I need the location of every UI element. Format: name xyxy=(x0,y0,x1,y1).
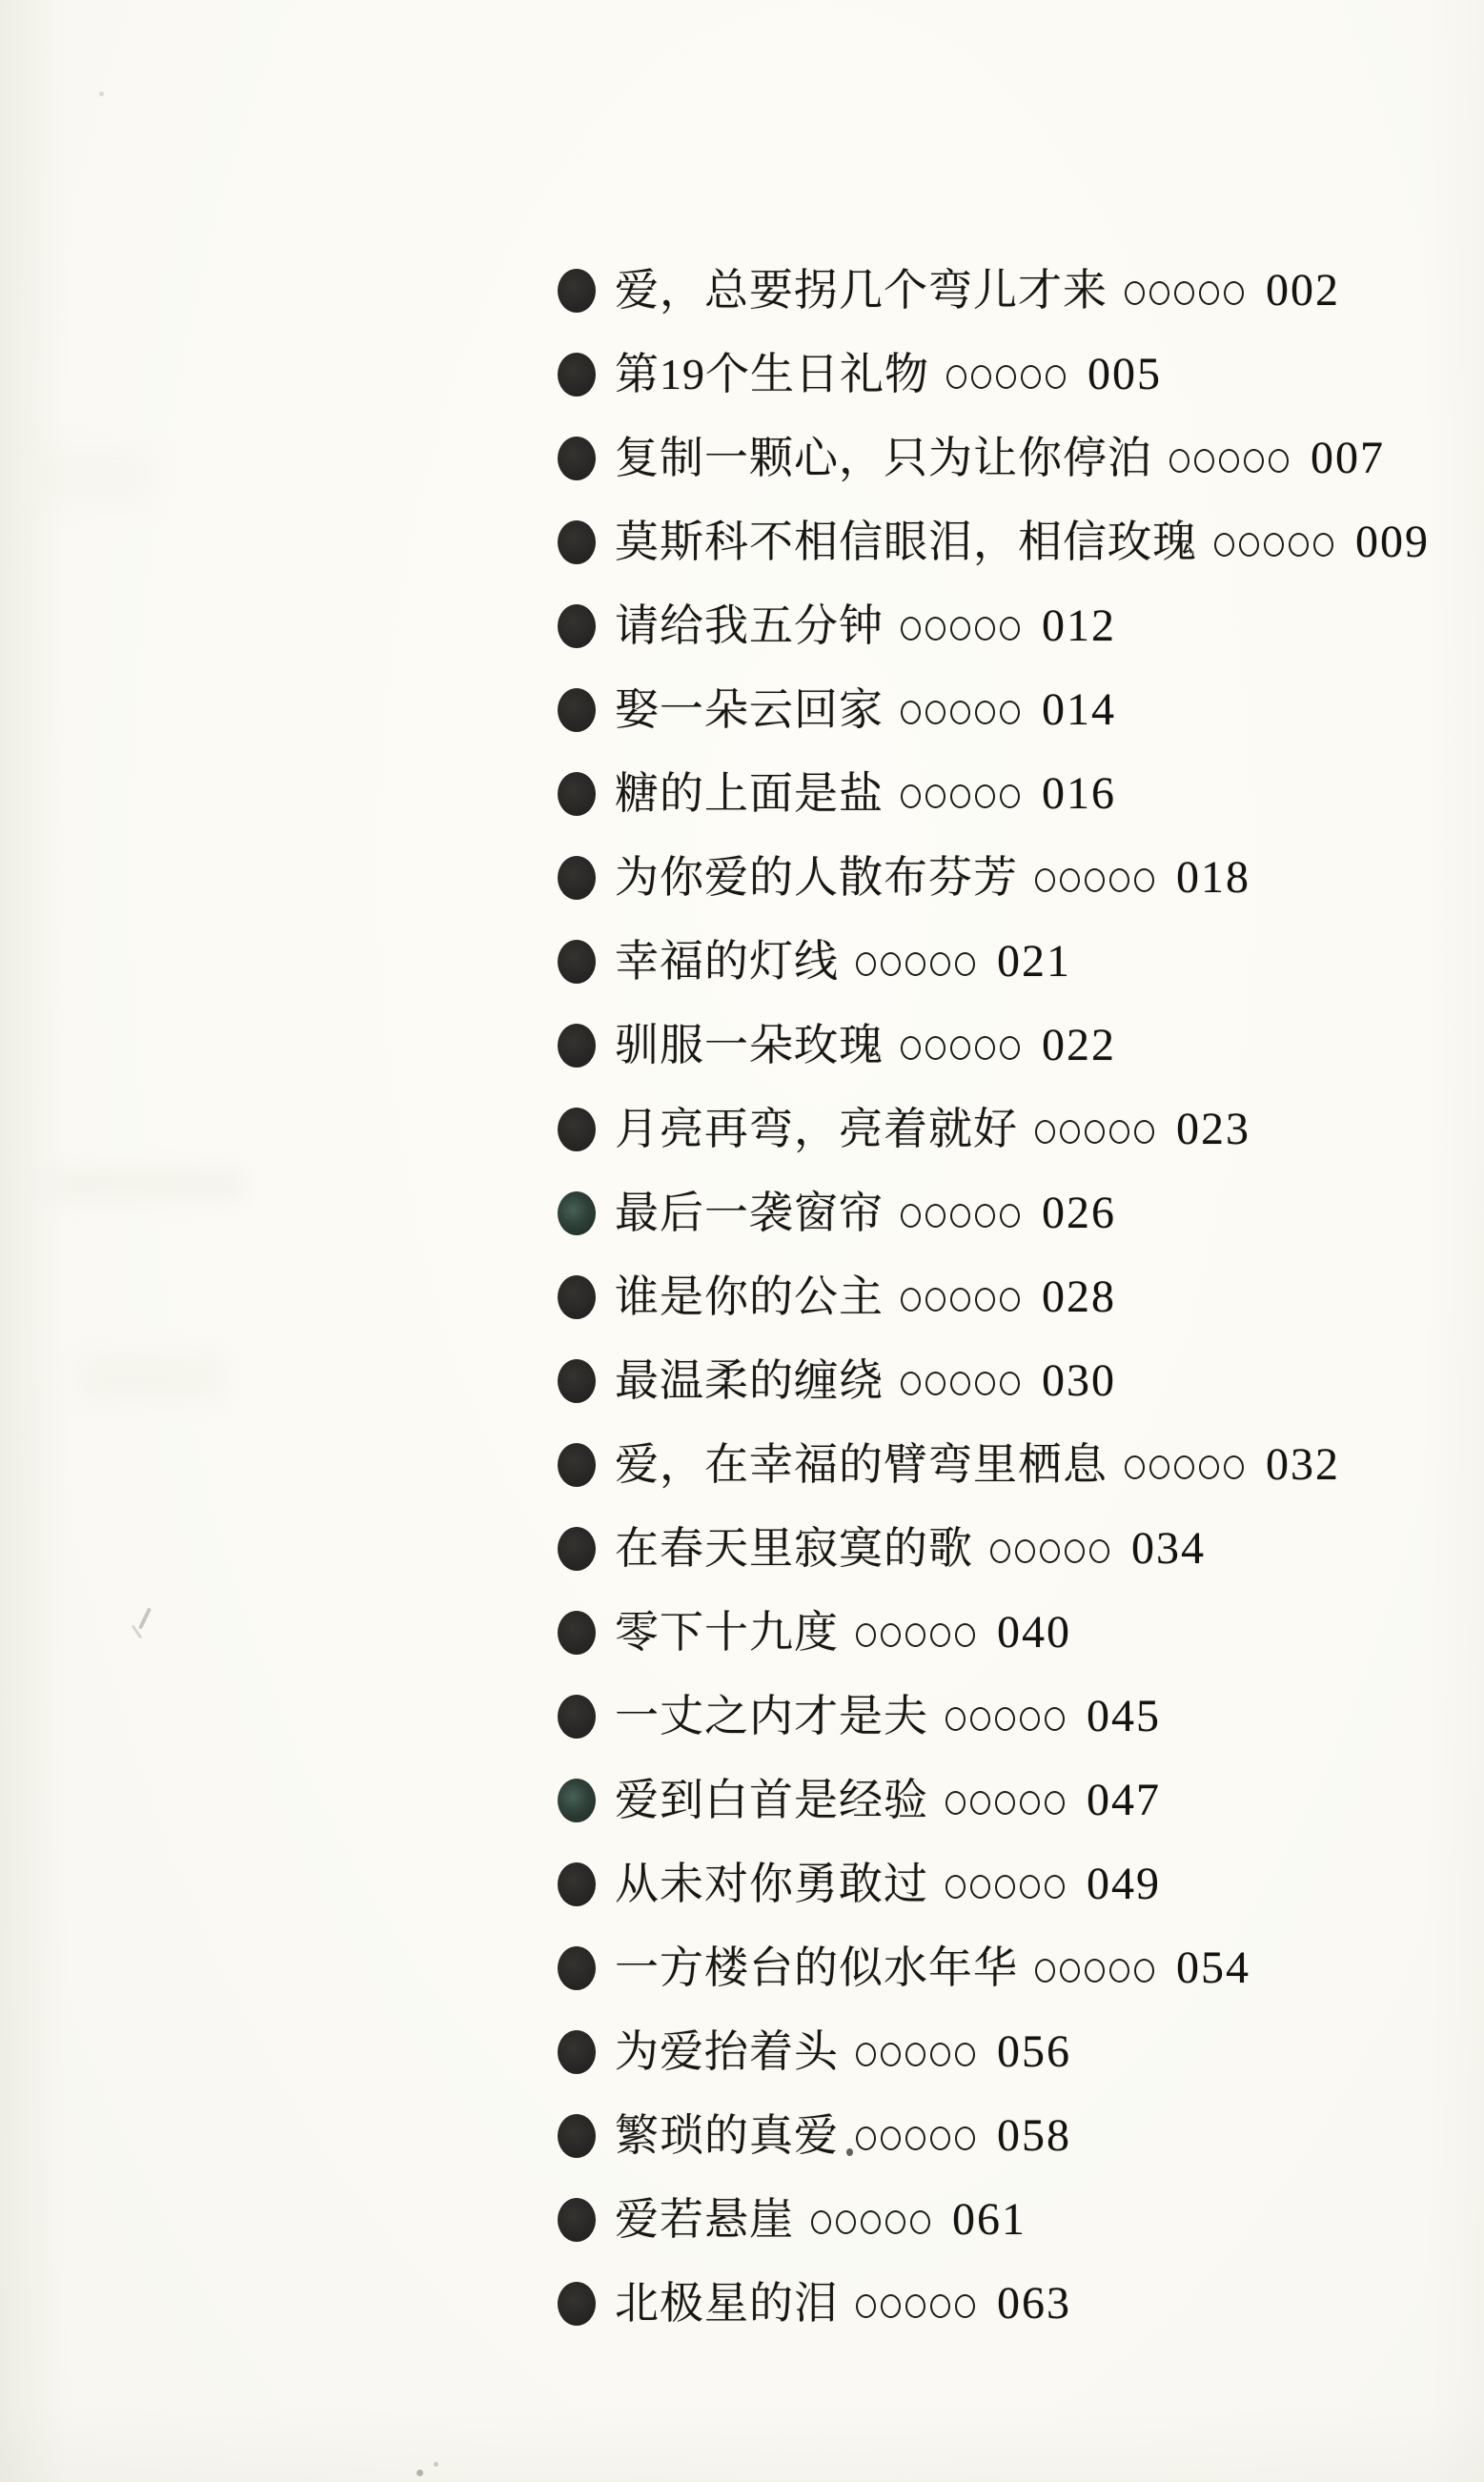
bleedthrough-smudge xyxy=(38,448,152,505)
leader-circle-icon xyxy=(930,2126,950,2150)
leader-circles xyxy=(901,617,1025,641)
leader-circle-icon xyxy=(1134,1120,1154,1144)
leader-circle-icon xyxy=(950,1036,970,1060)
leader-circle-icon xyxy=(1199,1455,1219,1479)
bullet-icon xyxy=(558,1946,596,1990)
leader-circle-icon xyxy=(1089,1539,1109,1563)
bullet-icon xyxy=(558,437,596,480)
entry-page-number: 014 xyxy=(1042,687,1116,733)
leader-circle-icon xyxy=(856,1623,876,1647)
leader-circle-icon xyxy=(970,1875,990,1899)
toc-entry: 幸福的灯线 021 xyxy=(558,920,1430,1004)
entry-title: 爱到白首是经验 xyxy=(615,1779,928,1822)
leader-circle-icon xyxy=(975,1372,995,1395)
entry-page-number: 054 xyxy=(1176,1945,1250,1991)
entry-title: 零下十九度 xyxy=(615,1611,839,1655)
leader-circles xyxy=(856,2126,980,2150)
entry-title: 最后一袭窗帘 xyxy=(615,1191,884,1235)
leader-circles xyxy=(1169,449,1293,473)
leader-circle-icon xyxy=(1040,1539,1060,1563)
leader-circles xyxy=(1035,868,1159,892)
leader-circle-icon xyxy=(1224,281,1244,305)
leader-circles xyxy=(1035,1959,1159,1983)
toc-entry: 爱，总要拐几个弯儿才来 002 xyxy=(558,249,1430,333)
leader-circle-icon xyxy=(856,2043,876,2066)
leader-circle-icon xyxy=(1264,533,1284,557)
leader-circle-icon xyxy=(945,1875,966,1899)
leader-circle-icon xyxy=(1045,1791,1065,1815)
leader-circles xyxy=(856,952,980,976)
leader-circle-icon xyxy=(1289,533,1309,557)
toc-entry: 请给我五分钟 012 xyxy=(558,584,1430,668)
leader-circle-icon xyxy=(1149,281,1169,305)
toc-entry: 在春天里寂寞的歌 034 xyxy=(558,1507,1430,1591)
leader-circle-icon xyxy=(925,1288,945,1312)
leader-circle-icon xyxy=(1000,1372,1020,1395)
leader-circle-icon xyxy=(1000,701,1020,724)
leader-circle-icon xyxy=(990,1539,1010,1563)
leader-circle-icon xyxy=(1125,281,1145,305)
leader-circle-icon xyxy=(881,952,901,976)
leader-circle-icon xyxy=(971,365,991,389)
entry-title: 为你爱的人散布芬芳 xyxy=(615,856,1018,900)
leader-circle-icon xyxy=(995,1875,1015,1899)
bullet-icon xyxy=(558,1191,596,1235)
leader-circle-icon xyxy=(811,2210,831,2234)
leader-circle-icon xyxy=(1060,868,1080,892)
leader-circles xyxy=(856,1623,980,1647)
entry-title: 娶一朵云回家 xyxy=(615,688,884,732)
leader-circle-icon xyxy=(1035,868,1055,892)
entry-title: 北极星的泪 xyxy=(615,2282,839,2326)
leader-circle-icon xyxy=(930,952,950,976)
leader-circle-icon xyxy=(930,2043,950,2066)
leader-circle-icon xyxy=(955,2126,975,2150)
toc-entry: 糖的上面是盐 016 xyxy=(558,752,1430,836)
leader-circles xyxy=(1214,533,1338,557)
leader-circle-icon xyxy=(950,1204,970,1228)
toc-entry: 最温柔的缠绕 030 xyxy=(558,1339,1430,1423)
leader-circle-icon xyxy=(901,1204,921,1228)
leader-circle-icon xyxy=(1060,1120,1080,1144)
leader-circle-icon xyxy=(901,1288,921,1312)
leader-circles xyxy=(856,2043,980,2066)
leader-circle-icon xyxy=(955,1623,975,1647)
leader-circle-icon xyxy=(1109,1959,1129,1983)
entry-page-number: 034 xyxy=(1131,1526,1206,1572)
leader-circles xyxy=(901,1372,1025,1395)
leader-circle-icon xyxy=(996,365,1016,389)
bullet-icon xyxy=(558,2114,596,2158)
leader-circle-icon xyxy=(970,1791,990,1815)
leader-circle-icon xyxy=(856,2294,876,2318)
leader-circle-icon xyxy=(1000,1204,1020,1228)
bullet-icon xyxy=(558,269,596,313)
toc-entry: 一丈之内才是夫 045 xyxy=(558,1675,1430,1759)
leader-circle-icon xyxy=(975,1288,995,1312)
entry-title: 复制一颗心，只为让你停泊 xyxy=(615,437,1152,480)
leader-circle-icon xyxy=(905,1623,925,1647)
entry-title: 谁是你的公主 xyxy=(615,1275,884,1319)
pencil-mark-artifact xyxy=(138,1607,152,1629)
leader-circles xyxy=(811,2210,935,2234)
entry-page-number: 049 xyxy=(1087,1861,1161,1907)
leader-circle-icon xyxy=(1021,365,1041,389)
leader-circle-icon xyxy=(901,617,921,641)
toc-entry: 第19个生日礼物 005 xyxy=(558,333,1430,417)
entry-page-number: 021 xyxy=(997,939,1071,985)
leader-circle-icon xyxy=(1224,1455,1244,1479)
leader-circles xyxy=(945,1791,1069,1815)
entry-page-number: 030 xyxy=(1042,1358,1116,1404)
leader-circle-icon xyxy=(1065,1539,1085,1563)
leader-circle-icon xyxy=(856,2126,876,2150)
entry-title: 驯服一朵玫瑰 xyxy=(615,1024,884,1068)
leader-circle-icon xyxy=(1000,1036,1020,1060)
leader-circle-icon xyxy=(975,617,995,641)
entry-title: 糖的上面是盐 xyxy=(615,772,884,816)
toc-entry: 月亮再弯，亮着就好 023 xyxy=(558,1088,1430,1171)
bullet-icon xyxy=(558,1024,596,1068)
leader-circle-icon xyxy=(925,1036,945,1060)
leader-circle-icon xyxy=(881,2294,901,2318)
bullet-icon xyxy=(558,856,596,900)
leader-circle-icon xyxy=(930,1623,950,1647)
leader-circle-icon xyxy=(905,2126,925,2150)
leader-circle-icon xyxy=(1149,1455,1169,1479)
entry-page-number: 022 xyxy=(1042,1023,1116,1068)
leader-circle-icon xyxy=(925,784,945,808)
leader-circle-icon xyxy=(901,1036,921,1060)
leader-circle-icon xyxy=(901,1372,921,1395)
entry-title: 请给我五分钟 xyxy=(615,604,884,648)
entry-page-number: 007 xyxy=(1311,436,1385,481)
leader-circle-icon xyxy=(950,617,970,641)
entry-page-number: 061 xyxy=(952,2197,1027,2243)
leader-circle-icon xyxy=(1000,617,1020,641)
leader-circle-icon xyxy=(861,2210,881,2234)
leader-circle-icon xyxy=(1194,449,1214,473)
leader-circle-icon xyxy=(1085,1959,1105,1983)
leader-circle-icon xyxy=(950,1372,970,1395)
leader-circle-icon xyxy=(1109,1120,1129,1144)
leader-circle-icon xyxy=(955,952,975,976)
leader-circles xyxy=(945,1707,1069,1731)
entry-title: 月亮再弯，亮着就好 xyxy=(615,1108,1018,1151)
toc-entry: 爱到白首是经验 047 xyxy=(558,1759,1430,1842)
leader-circle-icon xyxy=(945,1707,966,1731)
leader-circle-icon xyxy=(1015,1539,1035,1563)
toc-entry: 莫斯科不相信眼泪，相信玫瑰 009 xyxy=(558,500,1430,584)
entry-title: 在春天里寂寞的歌 xyxy=(615,1527,973,1571)
bullet-icon xyxy=(558,2282,596,2326)
bullet-icon xyxy=(558,1779,596,1822)
bullet-icon xyxy=(558,604,596,648)
bullet-icon xyxy=(558,1695,596,1739)
leader-circle-icon xyxy=(955,2043,975,2066)
leader-circles xyxy=(901,784,1025,808)
bullet-icon xyxy=(558,353,596,397)
entry-page-number: 005 xyxy=(1088,352,1162,397)
leader-circle-icon xyxy=(885,2210,905,2234)
leader-circle-icon xyxy=(1020,1707,1040,1731)
toc-entry: 谁是你的公主 028 xyxy=(558,1255,1430,1339)
leader-circle-icon xyxy=(1046,365,1066,389)
leader-circle-icon xyxy=(1214,533,1234,557)
leader-circle-icon xyxy=(945,1791,966,1815)
leader-circle-icon xyxy=(1000,784,1020,808)
leader-circle-icon xyxy=(925,1372,945,1395)
entry-title: 最温柔的缠绕 xyxy=(615,1359,884,1403)
leader-circles xyxy=(901,1204,1025,1228)
toc-entry: 从未对你勇敢过 049 xyxy=(558,1842,1430,1926)
leader-circles xyxy=(901,701,1025,724)
leader-circles xyxy=(901,1036,1025,1060)
leader-circle-icon xyxy=(975,784,995,808)
entry-page-number: 009 xyxy=(1355,519,1430,565)
leader-circle-icon xyxy=(1269,449,1289,473)
bullet-icon xyxy=(558,520,596,564)
entry-title: 一丈之内才是夫 xyxy=(615,1695,928,1739)
leader-circle-icon xyxy=(975,701,995,724)
leader-circle-icon xyxy=(955,2294,975,2318)
toc-entry: 繁琐的真爱 058 xyxy=(558,2094,1430,2178)
toc-entry: 为爱抬着头 056 xyxy=(558,2010,1430,2094)
bullet-icon xyxy=(558,1611,596,1655)
entry-title: 莫斯科不相信眼泪，相信玫瑰 xyxy=(615,520,1197,564)
entry-page-number: 002 xyxy=(1266,268,1340,314)
leader-circle-icon xyxy=(1060,1959,1080,1983)
toc-entry: 零下十九度 040 xyxy=(558,1591,1430,1675)
toc-entry: 复制一颗心，只为让你停泊 007 xyxy=(558,417,1430,500)
toc-entry: 娶一朵云回家 014 xyxy=(558,668,1430,752)
bullet-icon xyxy=(558,1108,596,1151)
entry-title: 幸福的灯线 xyxy=(615,940,839,984)
entry-page-number: 058 xyxy=(997,2113,1071,2159)
leader-circle-icon xyxy=(975,1204,995,1228)
leader-circle-icon xyxy=(1000,1288,1020,1312)
leader-circles xyxy=(946,365,1070,389)
leader-circle-icon xyxy=(946,365,966,389)
bullet-icon xyxy=(558,2030,596,2074)
entry-page-number: 016 xyxy=(1042,771,1116,817)
leader-circle-icon xyxy=(905,2294,925,2318)
pencil-mark-artifact xyxy=(132,1625,142,1639)
leader-circle-icon xyxy=(1020,1791,1040,1815)
leader-circle-icon xyxy=(1045,1707,1065,1731)
leader-circle-icon xyxy=(1239,533,1259,557)
bullet-icon xyxy=(558,1275,596,1319)
speck-artifact xyxy=(417,2470,423,2476)
leader-circle-icon xyxy=(901,784,921,808)
leader-circle-icon xyxy=(950,1288,970,1312)
entry-title: 为爱抬着头 xyxy=(615,2030,839,2074)
bullet-icon xyxy=(558,1359,596,1403)
entry-title: 爱若悬崖 xyxy=(615,2198,794,2242)
leader-circle-icon xyxy=(1035,1120,1055,1144)
entry-page-number: 040 xyxy=(997,1610,1071,1656)
bullet-icon xyxy=(558,688,596,732)
bullet-icon xyxy=(558,1862,596,1906)
toc-entry: 为你爱的人散布芬芳 018 xyxy=(558,836,1430,920)
leader-circle-icon xyxy=(1244,449,1264,473)
entry-page-number: 056 xyxy=(997,2029,1071,2075)
leader-circle-icon xyxy=(1134,1959,1154,1983)
entry-page-number: 012 xyxy=(1042,603,1116,649)
leader-circle-icon xyxy=(905,2043,925,2066)
toc-entry: 一方楼台的似水年华 054 xyxy=(558,1926,1430,2010)
table-of-contents: 爱，总要拐几个弯儿才来 002 第19个生日礼物 005 复制一颗心，只为让你停… xyxy=(558,249,1430,2346)
leader-circles xyxy=(901,1288,1025,1312)
entry-title: 一方楼台的似水年华 xyxy=(615,1946,1018,1990)
entry-title: 爱，总要拐几个弯儿才来 xyxy=(615,269,1108,313)
leader-circles xyxy=(1035,1120,1159,1144)
leader-circles xyxy=(990,1539,1114,1563)
leader-circle-icon xyxy=(901,701,921,724)
toc-entry: 北极星的泪 063 xyxy=(558,2262,1430,2346)
bullet-icon xyxy=(558,2198,596,2242)
toc-entry: 爱，在幸福的臂弯里栖息 032 xyxy=(558,1423,1430,1507)
leader-circle-icon xyxy=(995,1791,1015,1815)
leader-circle-icon xyxy=(881,2043,901,2066)
leader-circle-icon xyxy=(950,701,970,724)
leader-circle-icon xyxy=(1035,1959,1055,1983)
leader-circle-icon xyxy=(925,701,945,724)
toc-entry: 爱若悬崖 061 xyxy=(558,2178,1430,2262)
leader-circle-icon xyxy=(881,1623,901,1647)
leader-circle-icon xyxy=(970,1707,990,1731)
entry-title: 繁琐的真爱 xyxy=(615,2114,839,2158)
entry-page-number: 018 xyxy=(1176,855,1250,901)
leader-circle-icon xyxy=(1085,1120,1105,1144)
leader-circles xyxy=(1125,281,1249,305)
bleedthrough-smudge xyxy=(81,1353,224,1401)
entry-title: 第19个生日礼物 xyxy=(615,353,929,397)
leader-circle-icon xyxy=(1085,868,1105,892)
leader-circles xyxy=(1125,1455,1249,1479)
leader-circle-icon xyxy=(856,952,876,976)
entry-page-number: 032 xyxy=(1266,1442,1340,1488)
leader-circle-icon xyxy=(1313,533,1333,557)
leader-circle-icon xyxy=(1020,1875,1040,1899)
leader-circle-icon xyxy=(910,2210,930,2234)
entry-page-number: 028 xyxy=(1042,1274,1116,1320)
bullet-icon xyxy=(558,940,596,984)
leader-circles xyxy=(945,1875,1069,1899)
leader-circle-icon xyxy=(930,2294,950,2318)
entry-title: 从未对你勇敢过 xyxy=(615,1862,928,1906)
toc-entry: 驯服一朵玫瑰 022 xyxy=(558,1004,1430,1088)
leader-circle-icon xyxy=(881,2126,901,2150)
speck-artifact xyxy=(99,92,104,96)
entry-title: 爱，在幸福的臂弯里栖息 xyxy=(615,1443,1108,1487)
toc-entry: 最后一袭窗帘 026 xyxy=(558,1171,1430,1255)
leader-circle-icon xyxy=(1045,1875,1065,1899)
leader-circle-icon xyxy=(1174,281,1194,305)
speck-artifact xyxy=(434,2462,438,2467)
leader-circle-icon xyxy=(950,784,970,808)
leader-circle-icon xyxy=(1169,449,1189,473)
leader-circle-icon xyxy=(1125,1455,1145,1479)
leader-circle-icon xyxy=(975,1036,995,1060)
leader-circle-icon xyxy=(925,617,945,641)
leader-circles xyxy=(856,2294,980,2318)
leader-circle-icon xyxy=(905,952,925,976)
entry-page-number: 026 xyxy=(1042,1190,1116,1236)
bullet-icon xyxy=(558,1443,596,1487)
bleedthrough-smudge xyxy=(52,1168,243,1202)
leader-circle-icon xyxy=(925,1204,945,1228)
bullet-icon xyxy=(558,772,596,816)
entry-page-number: 023 xyxy=(1176,1107,1250,1152)
leader-circle-icon xyxy=(1134,868,1154,892)
entry-page-number: 063 xyxy=(997,2281,1071,2327)
leader-circle-icon xyxy=(995,1707,1015,1731)
leader-circle-icon xyxy=(1199,281,1219,305)
entry-page-number: 045 xyxy=(1087,1694,1161,1739)
entry-page-number: 047 xyxy=(1087,1778,1161,1823)
bullet-icon xyxy=(558,1527,596,1571)
leader-circle-icon xyxy=(1174,1455,1194,1479)
leader-circle-icon xyxy=(1219,449,1239,473)
leader-circle-icon xyxy=(836,2210,856,2234)
leader-circle-icon xyxy=(1109,868,1129,892)
